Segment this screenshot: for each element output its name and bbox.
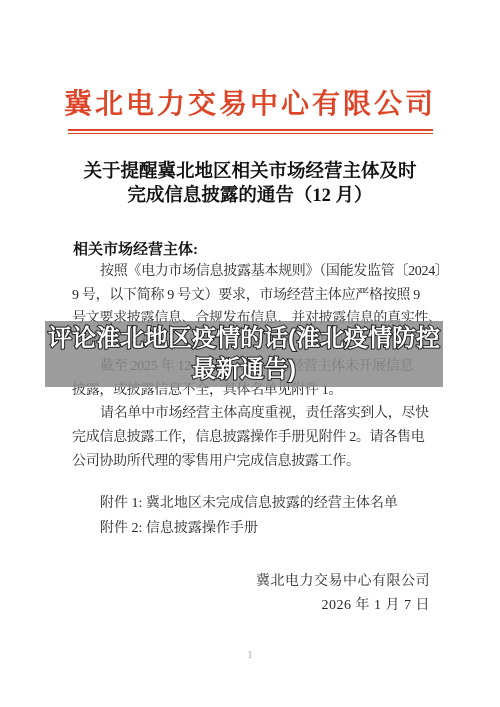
attachments-list: 附件 1: 冀北地区未完成信息披露的经营主体名单 附件 2: 信息披露操作手册	[100, 492, 398, 541]
body-line: 请名单中市场经营主体高度重视，责任落实到人，尽快	[72, 402, 432, 426]
watermark-banner: 评论淮北地区疫情的话(淮北疫情防控 最新通告)	[45, 321, 443, 387]
watermark-line1: 评论淮北地区疫情的话(淮北疫情防控	[48, 323, 440, 354]
page-number: 1	[0, 649, 500, 661]
issuer-signature: 冀北电力交易中心有限公司	[72, 570, 436, 590]
salutation: 相关市场经营主体:	[73, 238, 198, 259]
attachment-line-1: 附件 1: 冀北地区未完成信息披露的经营主体名单	[100, 492, 398, 517]
watermark-line2: 最新通告)	[192, 354, 296, 385]
letterhead-rule	[68, 129, 433, 134]
notice-heading-line2: 完成信息披露的通告（12 月）	[0, 184, 500, 208]
notice-document-page: 冀北电力交易中心有限公司 关于提醒冀北地区相关市场经营主体及时 完成信息披露的通…	[0, 0, 500, 707]
notice-heading: 关于提醒冀北地区相关市场经营主体及时 完成信息披露的通告（12 月）	[0, 160, 500, 208]
attachment-line-2: 附件 2: 信息披露操作手册	[100, 517, 398, 542]
issue-date: 2026 年 1 月 7 日	[72, 594, 464, 614]
body-line: 按照《电力市场信息披露基本规则》（国能发监管〔2024〕	[72, 260, 432, 284]
letterhead-title: 冀北电力交易中心有限公司	[0, 82, 500, 122]
body-line: 9 号，以下简称 9 号文）要求，市场经营主体应严格按照 9	[72, 284, 432, 308]
notice-heading-line1: 关于提醒冀北地区相关市场经营主体及时	[0, 160, 500, 184]
body-line: 公司协助所代理的零售用户完成信息披露工作。	[72, 450, 432, 474]
body-line: 完成信息披露工作，信息披露操作手册见附件 2。请各售电	[72, 426, 432, 450]
